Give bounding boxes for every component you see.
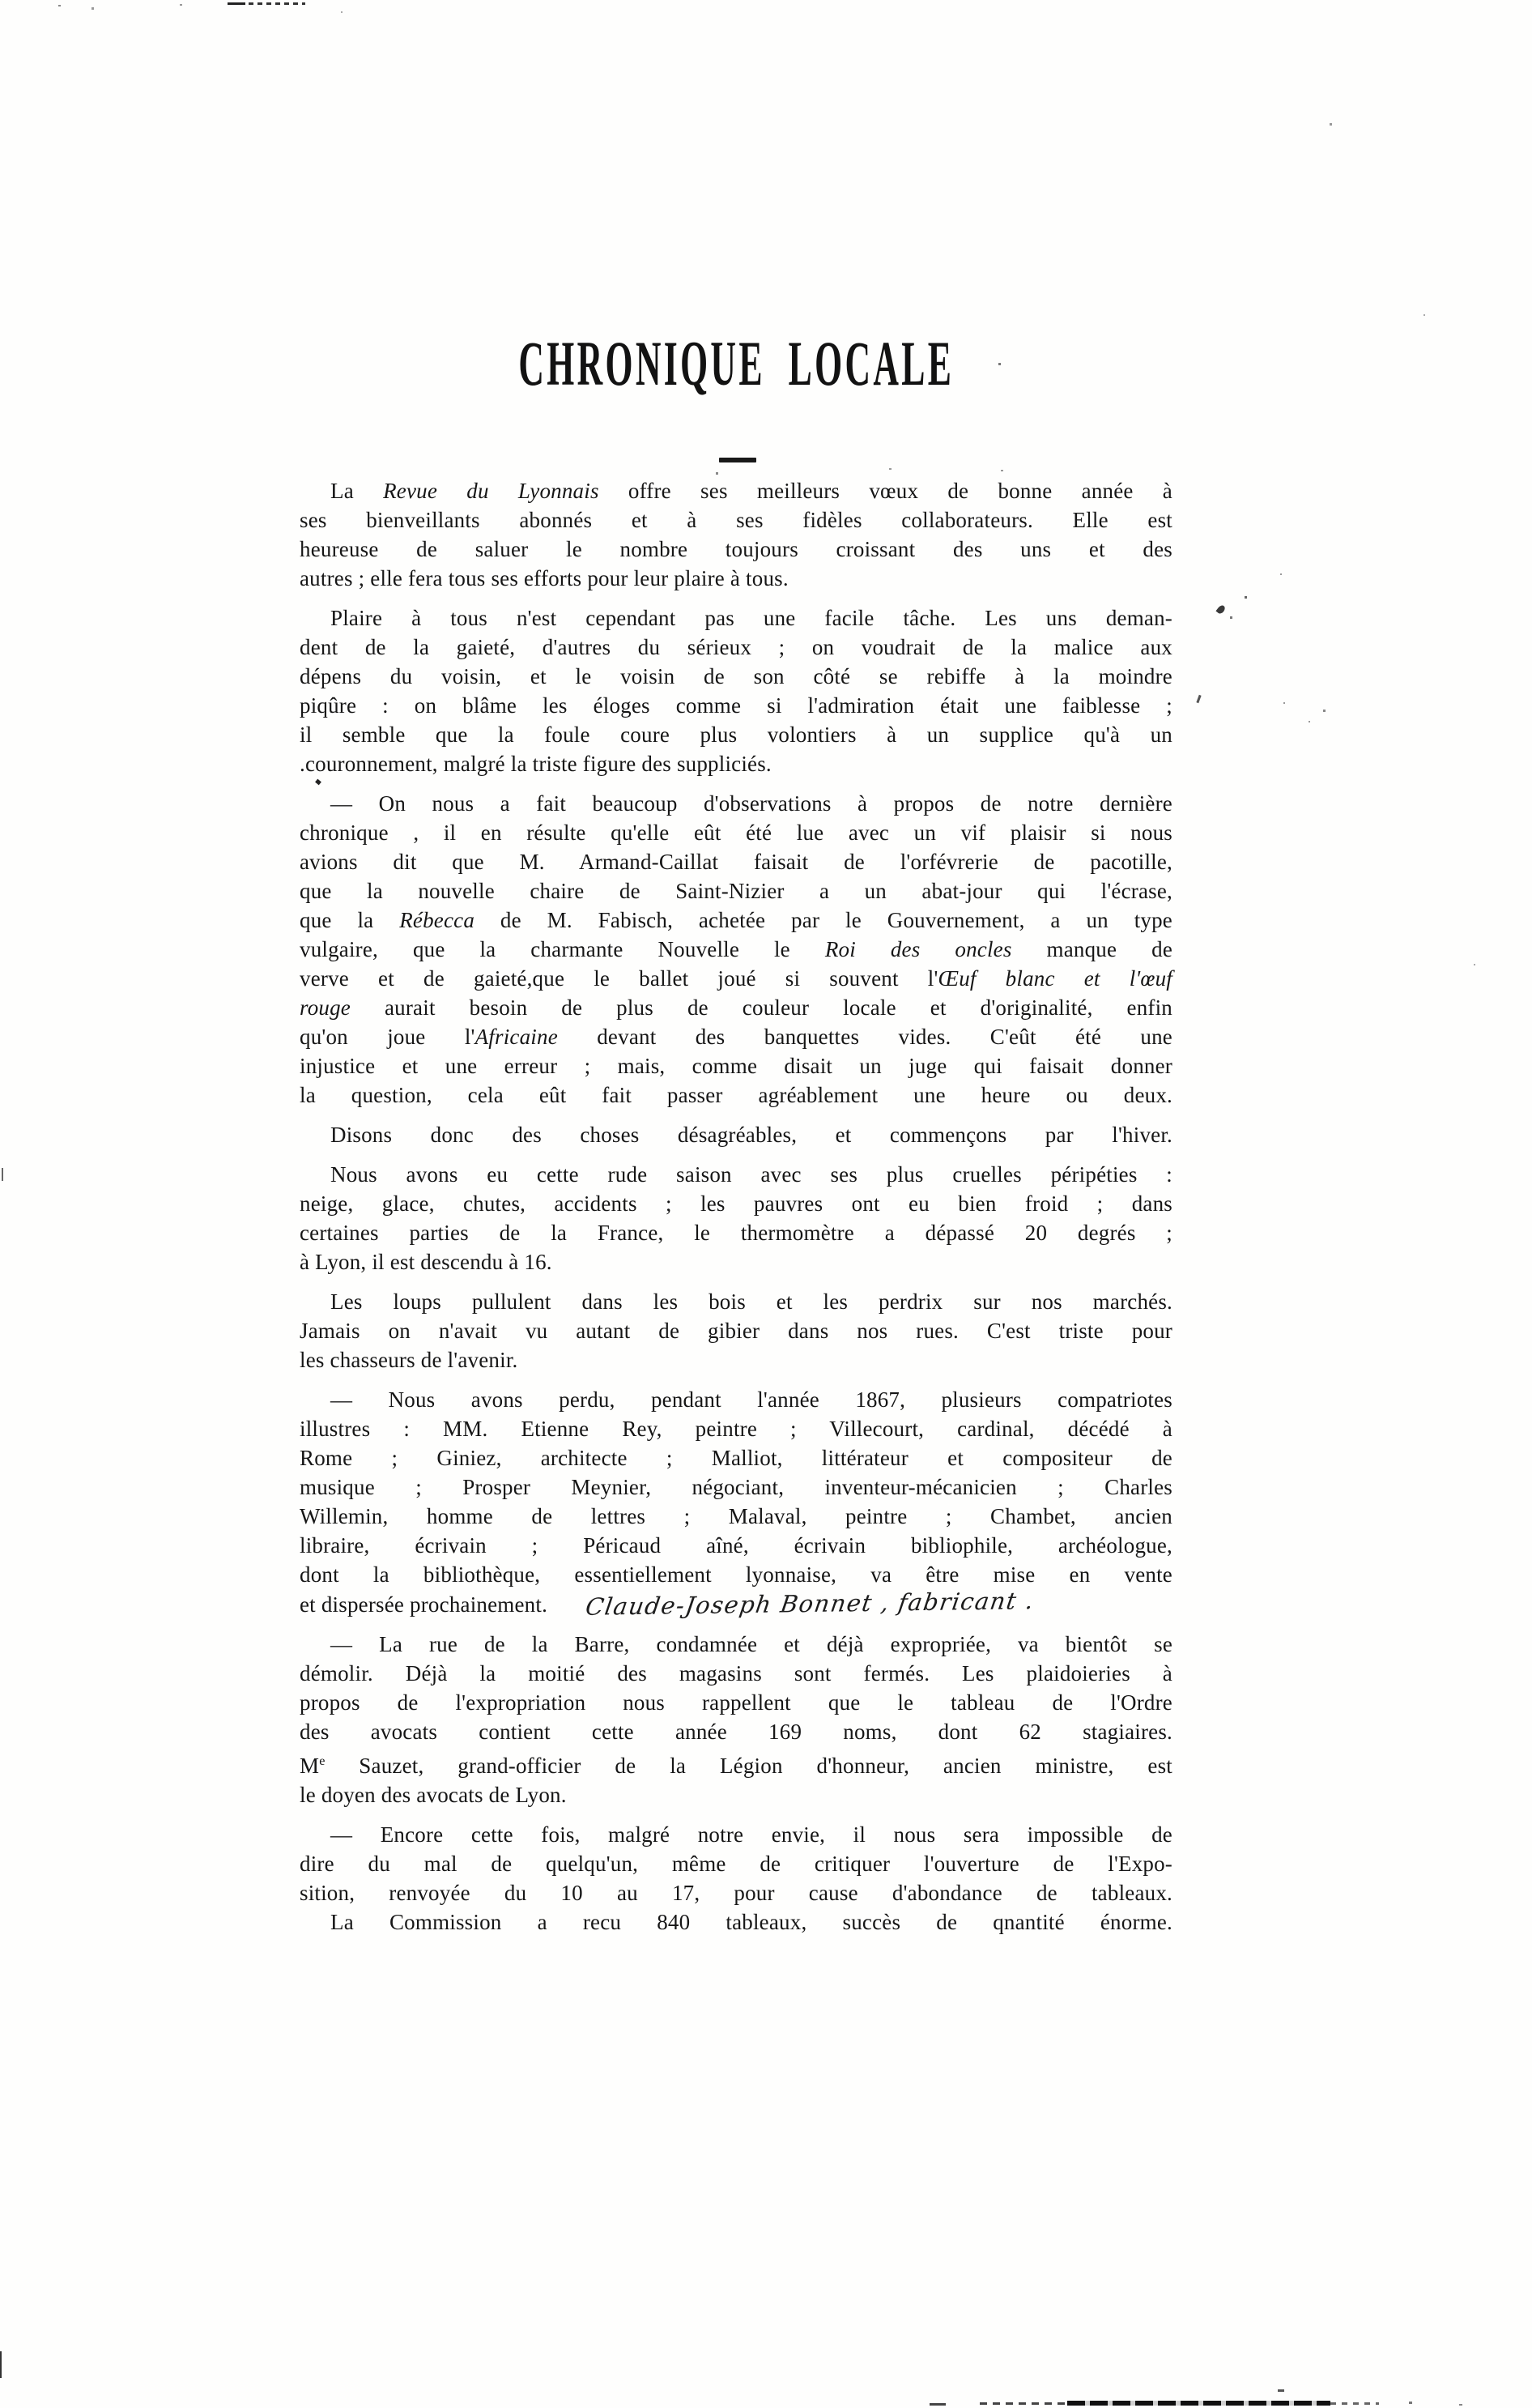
scan-artifact-left-edge-line [0, 2351, 2, 2378]
text-line: injustice et une erreur ; mais, comme di… [300, 1051, 1172, 1080]
text-line: certaines parties de la France, le therm… [300, 1218, 1172, 1247]
text-line: — Nous avons perdu, pendant l'année 1867… [300, 1385, 1172, 1414]
scan-artifact-bottom-dashes [1330, 2402, 1379, 2405]
scan-artifact-tick [2, 1168, 3, 1181]
text-run: Plaire à tous n'est cependant pas une fa… [330, 606, 1172, 630]
text-line: dépens du voisin, et le voisin de son cô… [300, 662, 1172, 691]
text-run: Les loups pullulent dans les bois et les… [330, 1289, 1172, 1314]
text-line: le doyen des avocats de Lyon. [300, 1780, 1172, 1809]
text-run: La Commission a recu 840 tableaux, succè… [330, 1910, 1172, 1934]
text-run: à Lyon, il est descendu à 16. [300, 1250, 552, 1274]
paragraph: — On nous a fait beaucoup d'observations… [300, 789, 1172, 1110]
text-run: Sauzet, grand-officier de la Légion d'ho… [325, 1754, 1172, 1778]
text-run: libraire, écrivain ; Péricaud aîné, écri… [300, 1533, 1172, 1558]
scan-artifact-speck [91, 7, 94, 10]
text-line: il semble que la foule coure plus volont… [300, 720, 1172, 749]
text-run: dépens du voisin, et le voisin de son cô… [300, 664, 1172, 688]
text-run: — Nous avons perdu, pendant l'année 1867… [330, 1387, 1172, 1412]
page-background: CHRONIQUE LOCALE La Revue du Lyonnais of… [0, 0, 1532, 2408]
text-line: musique ; Prosper Meynier, négociant, in… [300, 1473, 1172, 1502]
scan-artifact-speck [1459, 2404, 1462, 2406]
text-run: manque de [1012, 937, 1172, 961]
text-run: certaines parties de la France, le therm… [300, 1221, 1172, 1245]
title-divider-rule [719, 458, 756, 462]
scan-artifact-speck [180, 4, 182, 6]
text-line: — Encore cette fois, malgré notre envie,… [300, 1820, 1172, 1849]
paragraph: — Nous avons perdu, pendant l'année 1867… [300, 1385, 1172, 1619]
text-run: devant des banquettes vides. C'eût été u… [558, 1025, 1172, 1049]
text-line: piqûre : on blâme les éloges comme si l'… [300, 691, 1172, 720]
text-line: Me Sauzet, grand-officier de la Légion d… [300, 1746, 1172, 1780]
text-line: avions dit que M. Armand-Caillat faisait… [300, 847, 1172, 876]
text-run: Nous avons eu cette rude saison avec ses… [330, 1162, 1172, 1187]
text-run: — La rue de la Barre, condamnée et déjà … [330, 1632, 1172, 1656]
text-run: il semble que la foule coure plus volont… [300, 722, 1172, 747]
text-run: sition, renvoyée du 10 au 17, pour cause… [300, 1881, 1172, 1905]
text-line: rouge aurait besoin de plus de couleur l… [300, 993, 1172, 1022]
scan-artifact-speck [1001, 470, 1003, 471]
text-run: et dispersée prochainement. [300, 1592, 547, 1617]
text-run: piqûre : on blâme les éloges comme si l'… [300, 693, 1172, 718]
text-line: chronique , il en résulte qu'elle eût ét… [300, 818, 1172, 847]
text-line: dire du mal de quelqu'un, même de critiq… [300, 1849, 1172, 1878]
scan-artifact-speck [1309, 721, 1310, 722]
text-run: les chasseurs de l'avenir. [300, 1348, 517, 1372]
text-line: — On nous a fait beaucoup d'observations… [300, 789, 1172, 818]
scan-artifact-speck [1230, 616, 1232, 619]
text-line: La Revue du Lyonnais offre ses meilleurs… [300, 476, 1172, 505]
text-run: — Encore cette fois, malgré notre envie,… [330, 1822, 1172, 1847]
text-run: neige, glace, chutes, accidents ; les pa… [300, 1191, 1172, 1216]
text-run: vulgaire, que la charmante Nouvelle le [300, 937, 825, 961]
scan-artifact-comma-mark [1215, 604, 1226, 616]
text-run: autres ; elle fera tous ses efforts pour… [300, 566, 789, 590]
text-run: Jamais on n'avait vu autant de gibier da… [300, 1319, 1172, 1343]
scan-artifact-speck [1409, 2402, 1412, 2404]
italic-text: Revue du Lyonnais [383, 479, 599, 503]
scan-artifact-bottom-dashes [980, 2402, 1067, 2405]
text-line: que la nouvelle chaire de Saint-Nizier a… [300, 876, 1172, 906]
scan-artifact-speck [1474, 964, 1475, 965]
text-line: Les loups pullulent dans les bois et les… [300, 1287, 1172, 1316]
italic-text: Rébecca [399, 908, 474, 932]
text-run: musique ; Prosper Meynier, négociant, in… [300, 1475, 1172, 1499]
text-run: démolir. Déjà la moitié des magasins son… [300, 1661, 1172, 1686]
text-line: libraire, écrivain ; Péricaud aîné, écri… [300, 1531, 1172, 1560]
text-run: qu'on joue l' [300, 1025, 475, 1049]
text-run: injustice et une erreur ; mais, comme di… [300, 1054, 1172, 1078]
text-run: illustres : MM. Etienne Rey, peintre ; V… [300, 1417, 1172, 1441]
scan-artifact-bottom-streak [1067, 2401, 1330, 2406]
scan-artifact-speck [930, 2403, 946, 2406]
paragraph: La Commission a recu 840 tableaux, succè… [300, 1907, 1172, 1937]
text-line: sition, renvoyée du 10 au 17, pour cause… [300, 1878, 1172, 1907]
text-line: neige, glace, chutes, accidents ; les pa… [300, 1189, 1172, 1218]
italic-text: rouge [300, 995, 351, 1020]
text-line: vulgaire, que la charmante Nouvelle le R… [300, 935, 1172, 964]
text-line: Disons donc des choses désagréables, et … [300, 1120, 1172, 1149]
paragraph: Les loups pullulent dans les bois et les… [300, 1287, 1172, 1374]
text-line: illustres : MM. Etienne Rey, peintre ; V… [300, 1414, 1172, 1443]
italic-text: Africaine [475, 1025, 558, 1049]
text-line: qu'on joue l'Africaine devant des banque… [300, 1022, 1172, 1051]
scan-artifact-tick [1196, 695, 1201, 703]
text-run: la question, cela eût fait passer agréab… [300, 1083, 1172, 1107]
text-run: .couronnement, malgré la triste figure d… [300, 752, 772, 776]
text-line: propos de l'expropriation nous rappellen… [300, 1688, 1172, 1717]
text-run: que la [300, 908, 399, 932]
paragraph: La Revue du Lyonnais offre ses meilleurs… [300, 476, 1172, 593]
text-line: autres ; elle fera tous ses efforts pour… [300, 564, 1172, 593]
scan-artifact-speck [58, 5, 61, 6]
text-run: aurait besoin de plus de couleur locale … [351, 995, 1172, 1020]
scan-artifact-speck [889, 468, 892, 470]
page-title: CHRONIQUE LOCALE [300, 329, 1172, 398]
text-line: Willemin, homme de lettres ; Malaval, pe… [300, 1502, 1172, 1531]
scan-artifact-speck [1245, 596, 1247, 599]
text-line: Nous avons eu cette rude saison avec ses… [300, 1160, 1172, 1189]
italic-text: Œuf blanc et l'œuf [938, 966, 1172, 991]
text-run: M [300, 1754, 319, 1778]
text-run: que la nouvelle chaire de Saint-Nizier a… [300, 879, 1172, 903]
text-run: Disons donc des choses désagréables, et … [330, 1123, 1172, 1147]
text-line: et dispersée prochainement.Claude-Joseph… [300, 1589, 1172, 1619]
text-line: des avocats contient cette année 169 nom… [300, 1717, 1172, 1746]
text-run: heureuse de saluer le nombre toujours cr… [300, 537, 1172, 561]
scan-artifact-speck [716, 472, 718, 475]
text-run: dont la bibliothèque, essentiellement ly… [300, 1562, 1172, 1587]
scan-artifact-top-dotted-line [249, 2, 305, 5]
text-run: dent de la gaieté, d'autres du sérieux ;… [300, 635, 1172, 659]
handwritten-note: Claude-Joseph Bonnet , fabricant . [584, 1586, 1036, 1622]
text-line: que la Rébecca de M. Fabisch, achetée pa… [300, 906, 1172, 935]
text-line: la question, cela eût fait passer agréab… [300, 1080, 1172, 1110]
scan-artifact-top-dash [228, 2, 245, 5]
italic-text: Roi des oncles [825, 937, 1012, 961]
scan-artifact-speck [1423, 314, 1425, 316]
text-run: chronique , il en résulte qu'elle eût ét… [300, 820, 1172, 845]
text-run: des avocats contient cette année 169 nom… [300, 1720, 1172, 1744]
text-line: démolir. Déjà la moitié des magasins son… [300, 1659, 1172, 1688]
text-line: dont la bibliothèque, essentiellement ly… [300, 1560, 1172, 1589]
text-line: La Commission a recu 840 tableaux, succè… [300, 1907, 1172, 1937]
text-run: de M. Fabisch, achetée par le Gouverneme… [474, 908, 1172, 932]
text-line: heureuse de saluer le nombre toujours cr… [300, 535, 1172, 564]
text-run: propos de l'expropriation nous rappellen… [300, 1690, 1172, 1715]
paragraph: — La rue de la Barre, condamnée et déjà … [300, 1630, 1172, 1809]
text-run: ses bienveillants abonnés et à ses fidèl… [300, 508, 1172, 532]
text-line: les chasseurs de l'avenir. [300, 1345, 1172, 1374]
paragraph: Plaire à tous n'est cependant pas une fa… [300, 603, 1172, 778]
text-line: dent de la gaieté, d'autres du sérieux ;… [300, 633, 1172, 662]
text-line: ses bienveillants abonnés et à ses fidèl… [300, 505, 1172, 535]
page-title-text: CHRONIQUE LOCALE [518, 329, 954, 398]
article-body: La Revue du Lyonnais offre ses meilleurs… [300, 476, 1172, 1937]
scan-artifact-speck [341, 11, 343, 13]
text-line: verve et de gaieté,que le ballet joué si… [300, 964, 1172, 993]
scan-artifact-speck [1280, 573, 1282, 575]
scan-artifact-speck [1323, 710, 1326, 712]
text-line: .couronnement, malgré la triste figure d… [300, 749, 1172, 778]
text-run: avions dit que M. Armand-Caillat faisait… [300, 850, 1172, 874]
text-run: verve et de gaieté,que le ballet joué si… [300, 966, 938, 991]
paragraph: Nous avons eu cette rude saison avec ses… [300, 1160, 1172, 1276]
text-run: Rome ; Giniez, architecte ; Malliot, lit… [300, 1446, 1172, 1470]
paragraph: Disons donc des choses désagréables, et … [300, 1120, 1172, 1149]
text-run: Willemin, homme de lettres ; Malaval, pe… [300, 1504, 1172, 1528]
text-run: — On nous a fait beaucoup d'observations… [330, 791, 1172, 816]
text-line: Rome ; Giniez, architecte ; Malliot, lit… [300, 1443, 1172, 1473]
text-run: le doyen des avocats de Lyon. [300, 1783, 567, 1807]
text-run: offre ses meilleurs vœux de bonne année … [599, 479, 1172, 503]
text-line: — La rue de la Barre, condamnée et déjà … [300, 1630, 1172, 1659]
text-line: Plaire à tous n'est cependant pas une fa… [300, 603, 1172, 633]
text-run: dire du mal de quelqu'un, même de critiq… [300, 1852, 1172, 1876]
text-line: à Lyon, il est descendu à 16. [300, 1247, 1172, 1276]
scan-artifact-speck [1283, 702, 1285, 704]
text-run: La [330, 479, 383, 503]
paragraph: — Encore cette fois, malgré notre envie,… [300, 1820, 1172, 1907]
scan-artifact-speck [1330, 123, 1332, 126]
scanned-document-page: { "page": { "title": "CHRONIQUE LOCALE" … [0, 0, 1532, 2408]
scan-artifact-speck [1278, 2389, 1284, 2392]
text-line: Jamais on n'avait vu autant de gibier da… [300, 1316, 1172, 1345]
